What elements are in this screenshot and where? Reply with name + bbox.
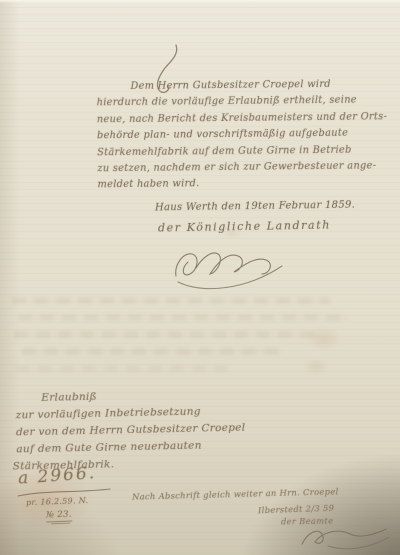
- letter-line: zu setzen, nachdem er sich zur Gewerbest…: [97, 159, 347, 178]
- forwarding-place-date: Ilberstedt 2/3 59: [258, 503, 335, 516]
- document-photo: Dem Herrn Gutsbesitzer Croepel wird hier…: [0, 0, 400, 555]
- landrath-signature-flourish: [168, 238, 290, 296]
- file-number: № 23.: [46, 510, 72, 521]
- file-number-text: № 23.: [46, 510, 72, 523]
- forwarding-note: Nach Abschrift gleich weiter an Hrn. Cro…: [132, 486, 339, 501]
- ink-bleedthrough: [12, 297, 352, 382]
- docket-block: Erlaubniß zur vorläufigen Inbetriebsetzu…: [15, 386, 246, 476]
- registry-number: a 2966.: [17, 463, 96, 488]
- clerk-signature-flourish: [298, 524, 392, 552]
- praesentatum-note: pr. 16.2.59. N.: [26, 496, 89, 507]
- letter-body: Dem Herrn Gutsbesitzer Croepel wird hier…: [96, 77, 347, 194]
- signatory-title: der Königliche Landrath: [158, 218, 331, 234]
- letter-line: meldet haben wird.: [97, 175, 347, 194]
- dateline: Haus Werth den 19ten Februar 1859.: [155, 200, 355, 214]
